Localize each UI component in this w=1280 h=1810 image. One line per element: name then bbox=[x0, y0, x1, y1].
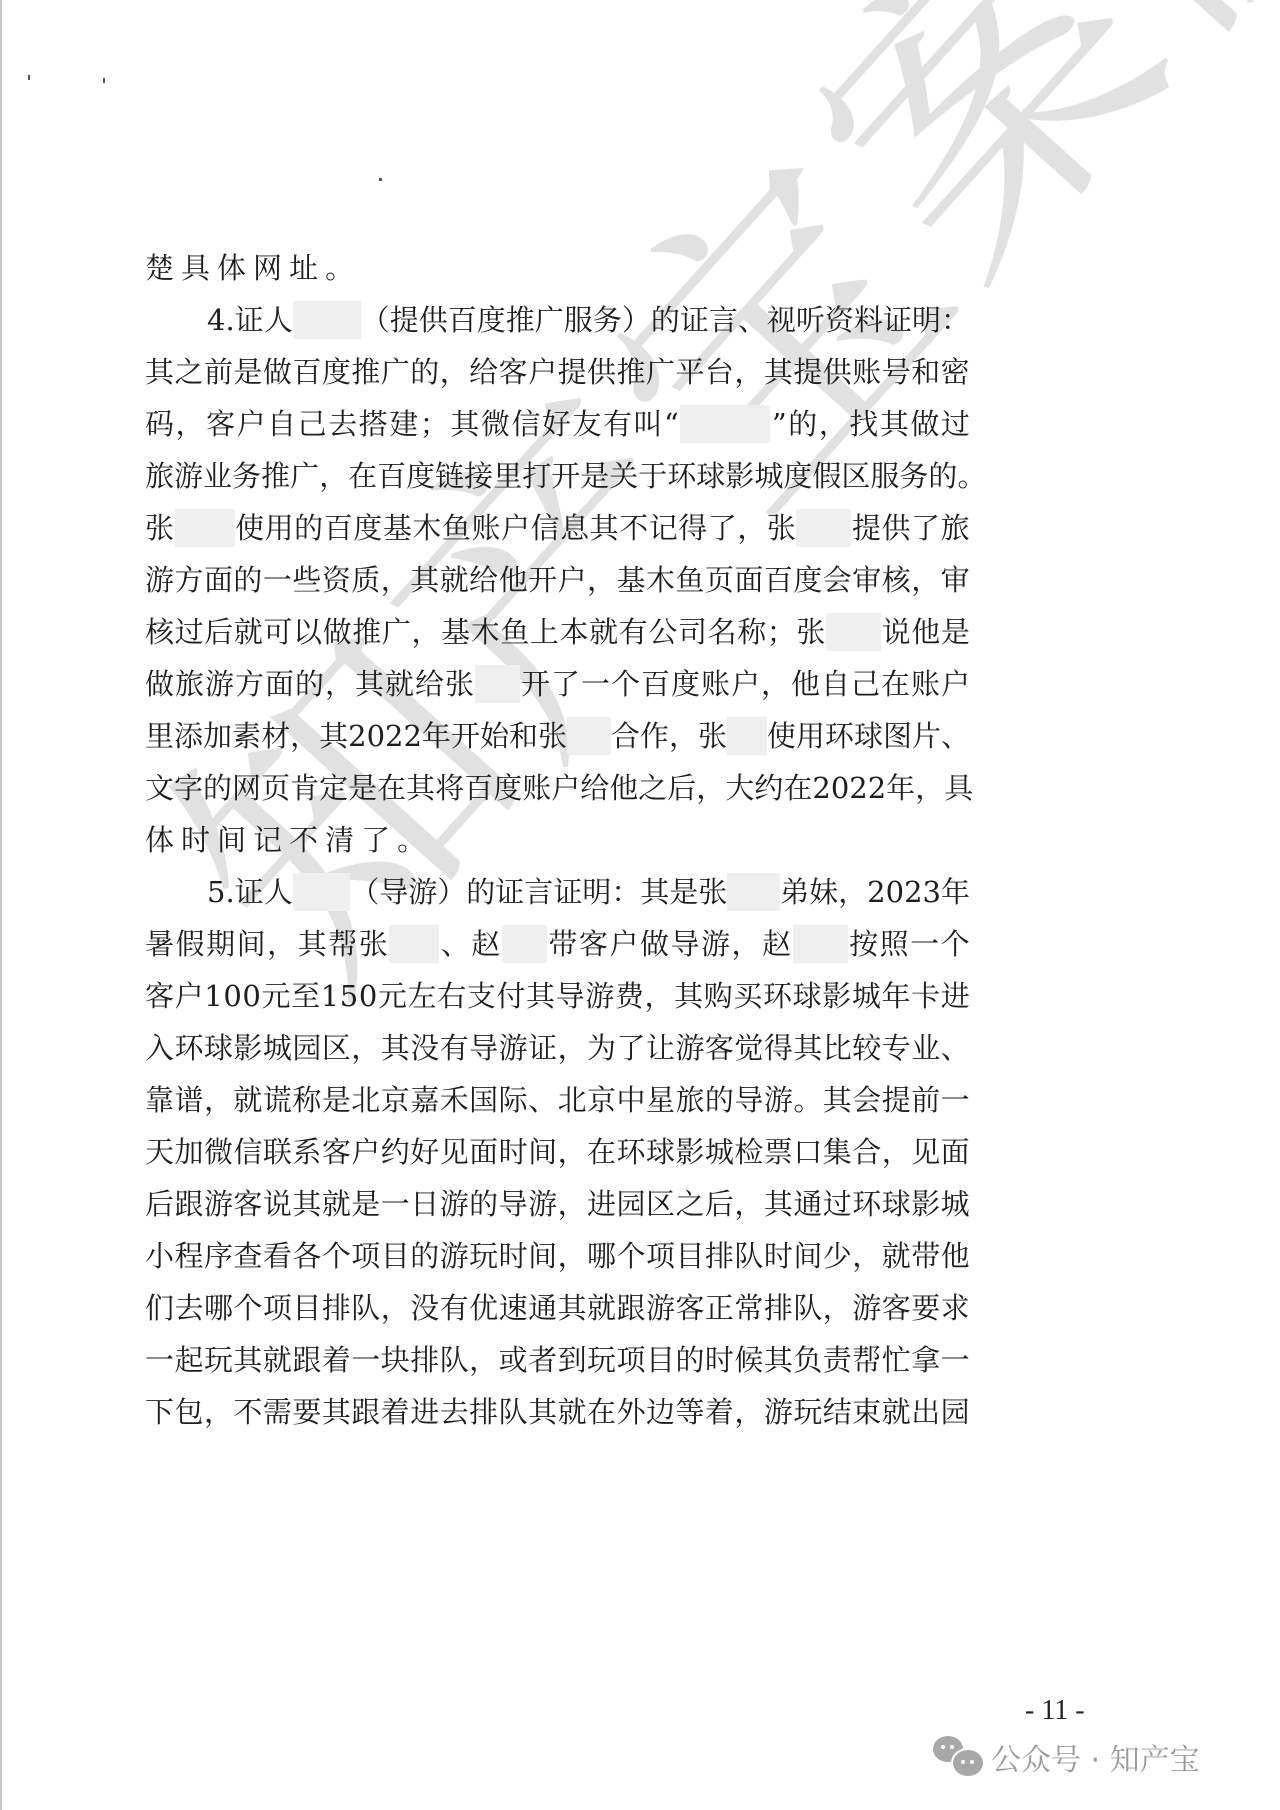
text-char: 园 bbox=[617, 1178, 646, 1230]
text-char: 较 bbox=[852, 1022, 881, 1074]
text-char: 2 bbox=[904, 866, 922, 918]
text-char: 的 bbox=[410, 346, 439, 398]
text-char: 木 bbox=[412, 502, 441, 554]
text-char: 建 bbox=[389, 398, 418, 450]
text-char: 百 bbox=[464, 762, 493, 814]
text-char: 客 bbox=[206, 398, 235, 450]
text-char: 、 bbox=[941, 710, 970, 762]
text-char: 速 bbox=[499, 1282, 528, 1334]
text-char: 片 bbox=[912, 710, 941, 762]
text-char: 给 bbox=[415, 658, 444, 710]
text-char: 百 bbox=[292, 346, 321, 398]
text-char: 游 bbox=[204, 1178, 233, 1230]
text-char: 影 bbox=[822, 970, 851, 1022]
text-char: . bbox=[225, 866, 234, 918]
text-char: 、 bbox=[941, 1022, 970, 1074]
text-char: 约 bbox=[381, 1126, 410, 1178]
text-char: 微 bbox=[481, 398, 510, 450]
text-char: 队 bbox=[793, 1282, 822, 1334]
text-char: 2 bbox=[868, 762, 886, 814]
text-char: 开 bbox=[528, 554, 557, 606]
text-char: 导 bbox=[556, 970, 585, 1022]
text-char: 客 bbox=[322, 1126, 351, 1178]
text-char: ， bbox=[351, 1022, 380, 1074]
text-char: 户 bbox=[501, 502, 530, 554]
text-char: 了 bbox=[617, 1022, 646, 1074]
text-char: 言 bbox=[524, 866, 553, 918]
text-char: 做 bbox=[145, 658, 174, 710]
text-line: 5.证人（导游）的证言证明：其是张弟妹，2023年 bbox=[145, 866, 970, 918]
text-char: 其 bbox=[526, 970, 555, 1022]
text-char: ， bbox=[761, 658, 790, 710]
text-char: 核 bbox=[145, 606, 174, 658]
text-char: 球 bbox=[696, 450, 725, 502]
text-line: 楚具体网址。 bbox=[145, 242, 970, 294]
text-char: 司 bbox=[678, 606, 707, 658]
text-char: 间 bbox=[528, 1230, 557, 1282]
text-char: 是 bbox=[351, 1178, 380, 1230]
text-char: ， bbox=[734, 1386, 763, 1438]
text-char: 客 bbox=[882, 1282, 911, 1334]
text-char: 的 bbox=[788, 398, 817, 450]
text-char: 户 bbox=[941, 658, 970, 710]
text-char: 给 bbox=[469, 346, 498, 398]
wechat-icon bbox=[933, 1736, 983, 1778]
text-char: 面 bbox=[469, 1126, 498, 1178]
text-char: 没 bbox=[410, 1282, 439, 1334]
text-char: 肯 bbox=[290, 762, 319, 814]
text-char: 京 bbox=[381, 1074, 410, 1126]
text-char: 项 bbox=[263, 1282, 292, 1334]
text-char: 供 bbox=[882, 502, 911, 554]
text-char: 就 bbox=[385, 658, 414, 710]
text-char: 度 bbox=[406, 450, 435, 502]
text-char: 不 bbox=[289, 814, 318, 866]
text-char: ， bbox=[381, 1282, 410, 1334]
text-char: 始 bbox=[480, 710, 509, 762]
text-char: 图 bbox=[883, 710, 912, 762]
text-char: 在 bbox=[587, 1126, 616, 1178]
text-char: 购 bbox=[704, 970, 733, 1022]
text-char: 是 bbox=[322, 1074, 351, 1126]
text-char: 面 bbox=[734, 554, 763, 606]
text-char: 记 bbox=[253, 814, 282, 866]
text-char: 张 bbox=[445, 658, 474, 710]
text-char: 使 bbox=[235, 502, 264, 554]
text-line: 客户100元至150元左右支付其导游费，其购买环球影城年卡进 bbox=[145, 970, 970, 1022]
text-char: 北 bbox=[558, 1074, 587, 1126]
text-char: ， bbox=[737, 502, 766, 554]
text-char: 际 bbox=[499, 1074, 528, 1126]
text-char: 是 bbox=[580, 450, 609, 502]
text-char: 了 bbox=[361, 814, 390, 866]
text-char: 弟 bbox=[780, 866, 809, 918]
text-char: 时 bbox=[764, 1230, 793, 1282]
text-char: 球 bbox=[882, 1178, 911, 1230]
document-body: 楚具体网址。4.证人（提供百度推广服务）的证言、视听资料证明：其之前是做百度推广… bbox=[145, 242, 970, 1438]
text-char: 张 bbox=[767, 502, 796, 554]
text-line: 天加微信联系客户约好见面时间，在环球影城检票口集合，见面 bbox=[145, 1126, 970, 1178]
text-char: 游 bbox=[499, 1022, 528, 1074]
text-line: 游方面的一些资质，其就给他开户，基木鱼页面百度会审核，审 bbox=[145, 554, 970, 606]
text-char: 里 bbox=[145, 710, 174, 762]
text-char: 使 bbox=[767, 710, 796, 762]
text-char: 在 bbox=[587, 1386, 616, 1438]
text-char: 供 bbox=[587, 346, 616, 398]
text-char: 在 bbox=[881, 658, 910, 710]
text-char: 、 bbox=[441, 918, 470, 970]
text-char: ， bbox=[734, 1178, 763, 1230]
text-char: 证 bbox=[235, 866, 264, 918]
text-char: 比 bbox=[823, 1022, 852, 1074]
text-char: 会 bbox=[852, 1074, 881, 1126]
text-char: 跟 bbox=[351, 1386, 380, 1438]
text-char: 赵 bbox=[762, 918, 791, 970]
text-char: 去 bbox=[440, 1386, 469, 1438]
text-char: 哪 bbox=[587, 1230, 616, 1282]
redaction-box bbox=[727, 873, 780, 911]
text-char: 左 bbox=[408, 970, 437, 1022]
text-char: 影 bbox=[911, 1178, 940, 1230]
text-char: 小 bbox=[145, 1230, 174, 1282]
text-char: ， bbox=[669, 710, 698, 762]
text-char: ， bbox=[204, 1386, 233, 1438]
text-char: 字 bbox=[174, 762, 203, 814]
text-char: 做 bbox=[323, 606, 352, 658]
text-char: 的 bbox=[651, 294, 680, 346]
text-char: 资 bbox=[322, 554, 351, 606]
text-char: 元 bbox=[378, 970, 407, 1022]
text-char: 其 bbox=[764, 1178, 793, 1230]
text-line: 文字的网页肯定是在其将百度账户给他之后，大约在2022年，具 bbox=[145, 762, 970, 814]
text-char: 给 bbox=[580, 762, 609, 814]
text-char: 排 bbox=[469, 1386, 498, 1438]
text-char: 开 bbox=[551, 450, 580, 502]
text-char: ， bbox=[558, 1022, 587, 1074]
text-char: 中 bbox=[617, 1074, 646, 1126]
text-char: 人 bbox=[264, 866, 293, 918]
text-char: 、 bbox=[528, 1074, 557, 1126]
text-char: 园 bbox=[941, 1386, 970, 1438]
text-char: 外 bbox=[617, 1386, 646, 1438]
text-char: 之 bbox=[675, 1178, 704, 1230]
text-char: 要 bbox=[292, 1386, 321, 1438]
text-char: 其 bbox=[292, 1178, 321, 1230]
text-char: 支 bbox=[467, 970, 496, 1022]
text-char: 排 bbox=[705, 1230, 734, 1282]
text-char: 专 bbox=[882, 1022, 911, 1074]
text-char: 。 bbox=[325, 242, 354, 294]
text-char: 客 bbox=[675, 1282, 704, 1334]
text-char: 的 bbox=[233, 554, 262, 606]
redaction-box bbox=[567, 717, 611, 755]
text-char: 联 bbox=[263, 1126, 292, 1178]
text-char: 一 bbox=[581, 658, 610, 710]
text-char: ， bbox=[696, 762, 725, 814]
text-char: 大 bbox=[725, 762, 754, 814]
text-char: 结 bbox=[823, 1386, 852, 1438]
text-char: 百 bbox=[377, 450, 406, 502]
text-char: 其 bbox=[764, 346, 793, 398]
text-char: 清 bbox=[325, 814, 354, 866]
text-char: 卡 bbox=[911, 970, 940, 1022]
text-char: 信 bbox=[531, 502, 560, 554]
text-char: ， bbox=[819, 398, 848, 450]
text-char: 。 bbox=[793, 1074, 822, 1126]
text-char: 记 bbox=[649, 502, 678, 554]
text-char: 他 bbox=[499, 554, 528, 606]
text-char: 账 bbox=[852, 346, 881, 398]
text-char: 妹 bbox=[809, 866, 838, 918]
text-char: 合 bbox=[852, 1126, 881, 1178]
text-char: 要 bbox=[911, 1282, 940, 1334]
text-char: “ bbox=[664, 398, 679, 450]
text-char: 个 bbox=[233, 1282, 262, 1334]
redaction-box bbox=[293, 873, 351, 911]
text-char: 称 bbox=[292, 1074, 321, 1126]
redaction-box bbox=[475, 665, 520, 703]
text-char: 的 bbox=[705, 1074, 734, 1126]
text-char: 号 bbox=[882, 346, 911, 398]
text-char: 说 bbox=[882, 606, 911, 658]
text-char: 口 bbox=[793, 1126, 822, 1178]
text-char: 间 bbox=[528, 1126, 557, 1178]
text-char: 游 bbox=[764, 1386, 793, 1438]
text-char: 查 bbox=[233, 1230, 262, 1282]
text-char: 游 bbox=[646, 1282, 675, 1334]
text-line: 其之前是做百度推广的，给客户提供推广平台，其提供账号和密 bbox=[145, 346, 970, 398]
text-char: 队 bbox=[440, 1334, 469, 1386]
text-char: 质 bbox=[351, 554, 380, 606]
text-char: ， bbox=[734, 346, 763, 398]
text-char: 的 bbox=[410, 1230, 439, 1282]
text-line: 码，客户自己去搭建；其微信好友有叫“”的，找其做过 bbox=[145, 398, 970, 450]
text-char: 2 bbox=[867, 866, 885, 918]
text-char: 个 bbox=[611, 658, 640, 710]
text-char: 期 bbox=[206, 918, 235, 970]
text-char: 楚 bbox=[145, 242, 174, 294]
text-char: 0 bbox=[831, 762, 849, 814]
text-char: 责 bbox=[823, 1334, 852, 1386]
text-char: ” bbox=[772, 398, 787, 450]
text-line: 小程序查看各个项目的游玩时间，哪个项目排队时间少，就带他 bbox=[145, 1230, 970, 1282]
text-char: 城 bbox=[852, 970, 881, 1022]
text-char: 方 bbox=[235, 658, 264, 710]
text-char: 游 bbox=[205, 658, 234, 710]
text-char: 球 bbox=[854, 710, 883, 762]
text-char: 证 bbox=[680, 294, 709, 346]
text-char: 其 bbox=[880, 398, 909, 450]
text-char: 人 bbox=[264, 294, 293, 346]
text-char: 客 bbox=[579, 918, 608, 970]
text-char: 务 bbox=[899, 450, 928, 502]
text-char: 的 bbox=[466, 866, 495, 918]
text-char: 影 bbox=[233, 1022, 262, 1074]
text-char: 服 bbox=[870, 450, 899, 502]
text-char: 有 bbox=[440, 1282, 469, 1334]
text-char: 队 bbox=[734, 1230, 763, 1282]
text-char: 旅 bbox=[175, 658, 204, 710]
text-char: 导 bbox=[469, 1022, 498, 1074]
text-line: 暑假期间，其帮张、赵带客户做导游，赵按照一个 bbox=[145, 918, 970, 970]
text-char: 过 bbox=[823, 1178, 852, 1230]
text-char: 叫 bbox=[634, 398, 663, 450]
text-char: 城 bbox=[705, 1126, 734, 1178]
text-char: 户 bbox=[175, 970, 204, 1022]
text-char: 5 bbox=[207, 866, 225, 918]
text-char: 审 bbox=[852, 554, 881, 606]
text-char: 星 bbox=[646, 1074, 675, 1126]
text-char: 业 bbox=[203, 450, 232, 502]
text-char: 项 bbox=[646, 1230, 675, 1282]
text-char: 其 bbox=[674, 970, 703, 1022]
text-char: 之 bbox=[174, 346, 203, 398]
text-char: 他 bbox=[609, 762, 638, 814]
text-char: ， bbox=[852, 1230, 881, 1282]
text-char: 右 bbox=[437, 970, 466, 1022]
text-char: 信 bbox=[233, 1126, 262, 1178]
text-char: 是 bbox=[941, 606, 970, 658]
text-char: 游 bbox=[585, 970, 614, 1022]
text-char: 玩 bbox=[204, 1334, 233, 1386]
text-char: 户 bbox=[731, 658, 760, 710]
text-char: 。 bbox=[397, 814, 426, 866]
text-char: 看 bbox=[263, 1230, 292, 1282]
text-char: 下 bbox=[145, 1386, 174, 1438]
text-char: 就 bbox=[558, 1386, 587, 1438]
text-char: 信 bbox=[511, 398, 540, 450]
text-char: 谎 bbox=[263, 1074, 292, 1126]
text-char: 审 bbox=[941, 554, 970, 606]
text-char: 去 bbox=[174, 1282, 203, 1334]
text-char: 做 bbox=[263, 346, 292, 398]
text-char: 游 bbox=[852, 1282, 881, 1334]
text-char: 密 bbox=[941, 346, 970, 398]
text-char: 就 bbox=[589, 606, 618, 658]
redaction-box bbox=[793, 925, 848, 963]
text-char: 务 bbox=[232, 450, 261, 502]
text-char: 目 bbox=[381, 1230, 410, 1282]
redaction-box bbox=[502, 925, 547, 963]
text-char: 旅 bbox=[675, 1074, 704, 1126]
text-char: 项 bbox=[617, 1334, 646, 1386]
text-char: 做 bbox=[910, 398, 939, 450]
text-char: 了 bbox=[551, 658, 580, 710]
text-char: 游 bbox=[145, 554, 174, 606]
text-char: 体 bbox=[145, 814, 174, 866]
text-line: 们去哪个项目排队，没有优速通其就跟游客正常排队，游客要求 bbox=[145, 1282, 970, 1334]
text-char: 一 bbox=[381, 1178, 410, 1230]
text-char: 户 bbox=[528, 346, 557, 398]
text-char: 度 bbox=[671, 658, 700, 710]
text-char: 给 bbox=[469, 554, 498, 606]
text-char: 游 bbox=[440, 1230, 469, 1282]
text-char: 球 bbox=[204, 1022, 233, 1074]
text-char: 体 bbox=[217, 242, 246, 294]
text-char: 加 bbox=[203, 710, 232, 762]
text-char: 其 bbox=[793, 1022, 822, 1074]
text-char: 客 bbox=[499, 346, 528, 398]
text-char: 其 bbox=[322, 1386, 351, 1438]
text-char: 2 bbox=[385, 710, 403, 762]
text-char: 是 bbox=[669, 866, 698, 918]
text-char: 2 bbox=[849, 762, 867, 814]
text-char: 过 bbox=[175, 606, 204, 658]
text-char: 在 bbox=[348, 450, 377, 502]
text-char: 球 bbox=[793, 970, 822, 1022]
text-char: 间 bbox=[793, 1230, 822, 1282]
text-char: 着 bbox=[705, 1386, 734, 1438]
text-char: 广 bbox=[290, 450, 319, 502]
text-char: ： bbox=[611, 866, 640, 918]
text-char: 1 bbox=[321, 970, 339, 1022]
text-char: 票 bbox=[764, 1126, 793, 1178]
text-char: 付 bbox=[496, 970, 525, 1022]
text-char: 拿 bbox=[911, 1334, 940, 1386]
text-char: 到 bbox=[558, 1334, 587, 1386]
text-char: 过 bbox=[941, 398, 970, 450]
footer-attribution: 公众号 · 知产宝 bbox=[933, 1735, 1200, 1779]
text-char: 基 bbox=[383, 502, 412, 554]
text-char: 张 bbox=[359, 918, 388, 970]
text-char: 添 bbox=[174, 710, 203, 762]
text-char: 目 bbox=[292, 1282, 321, 1334]
text-char: 后 bbox=[667, 762, 696, 814]
text-char: 就 bbox=[440, 554, 469, 606]
text-line: 后跟游客说其就是一日游的导游，进园区之后，其通过环球影城 bbox=[145, 1178, 970, 1230]
text-char: 约 bbox=[754, 762, 783, 814]
text-char: 出 bbox=[911, 1386, 940, 1438]
text-char: 面 bbox=[941, 1126, 970, 1178]
text-char: 客 bbox=[233, 1178, 262, 1230]
text-char: 其 bbox=[145, 346, 174, 398]
text-char: 块 bbox=[381, 1334, 410, 1386]
text-char: 料 bbox=[854, 294, 883, 346]
text-char: 负 bbox=[793, 1334, 822, 1386]
text-char: 言 bbox=[709, 294, 738, 346]
text-char: 一 bbox=[941, 1074, 970, 1126]
text-char: 就 bbox=[882, 1230, 911, 1282]
text-char: 提 bbox=[852, 502, 881, 554]
text-char: 帮 bbox=[852, 1334, 881, 1386]
text-char: ， bbox=[469, 1334, 498, 1386]
text-char: 间 bbox=[217, 814, 246, 866]
text-char: 暑 bbox=[145, 918, 174, 970]
text-char: 城 bbox=[754, 450, 783, 502]
text-line: 核过后就可以做推广，基木鱼上本就有公司名称；张说他是 bbox=[145, 606, 970, 658]
text-char: ， bbox=[325, 658, 354, 710]
text-char: 推 bbox=[351, 346, 380, 398]
text-char: 木 bbox=[471, 606, 500, 658]
text-char: 户 bbox=[609, 918, 638, 970]
text-char: 帮 bbox=[328, 918, 357, 970]
text-char: 度 bbox=[493, 762, 522, 814]
text-char: 游 bbox=[174, 450, 203, 502]
text-char: ， bbox=[440, 346, 469, 398]
text-char: 定 bbox=[319, 762, 348, 814]
text-char: 时 bbox=[181, 814, 210, 866]
text-char: 玩 bbox=[793, 1386, 822, 1438]
text-char: 园 bbox=[292, 1022, 321, 1074]
text-char: 环 bbox=[667, 450, 696, 502]
text-line: 体时间记不清了。 bbox=[145, 814, 970, 866]
text-char: 开 bbox=[451, 710, 480, 762]
text-char: 用 bbox=[265, 502, 294, 554]
text-char: 其 bbox=[764, 1334, 793, 1386]
text-char: 去 bbox=[328, 398, 357, 450]
text-char: ： bbox=[941, 294, 970, 346]
text-char: 客 bbox=[145, 970, 174, 1022]
